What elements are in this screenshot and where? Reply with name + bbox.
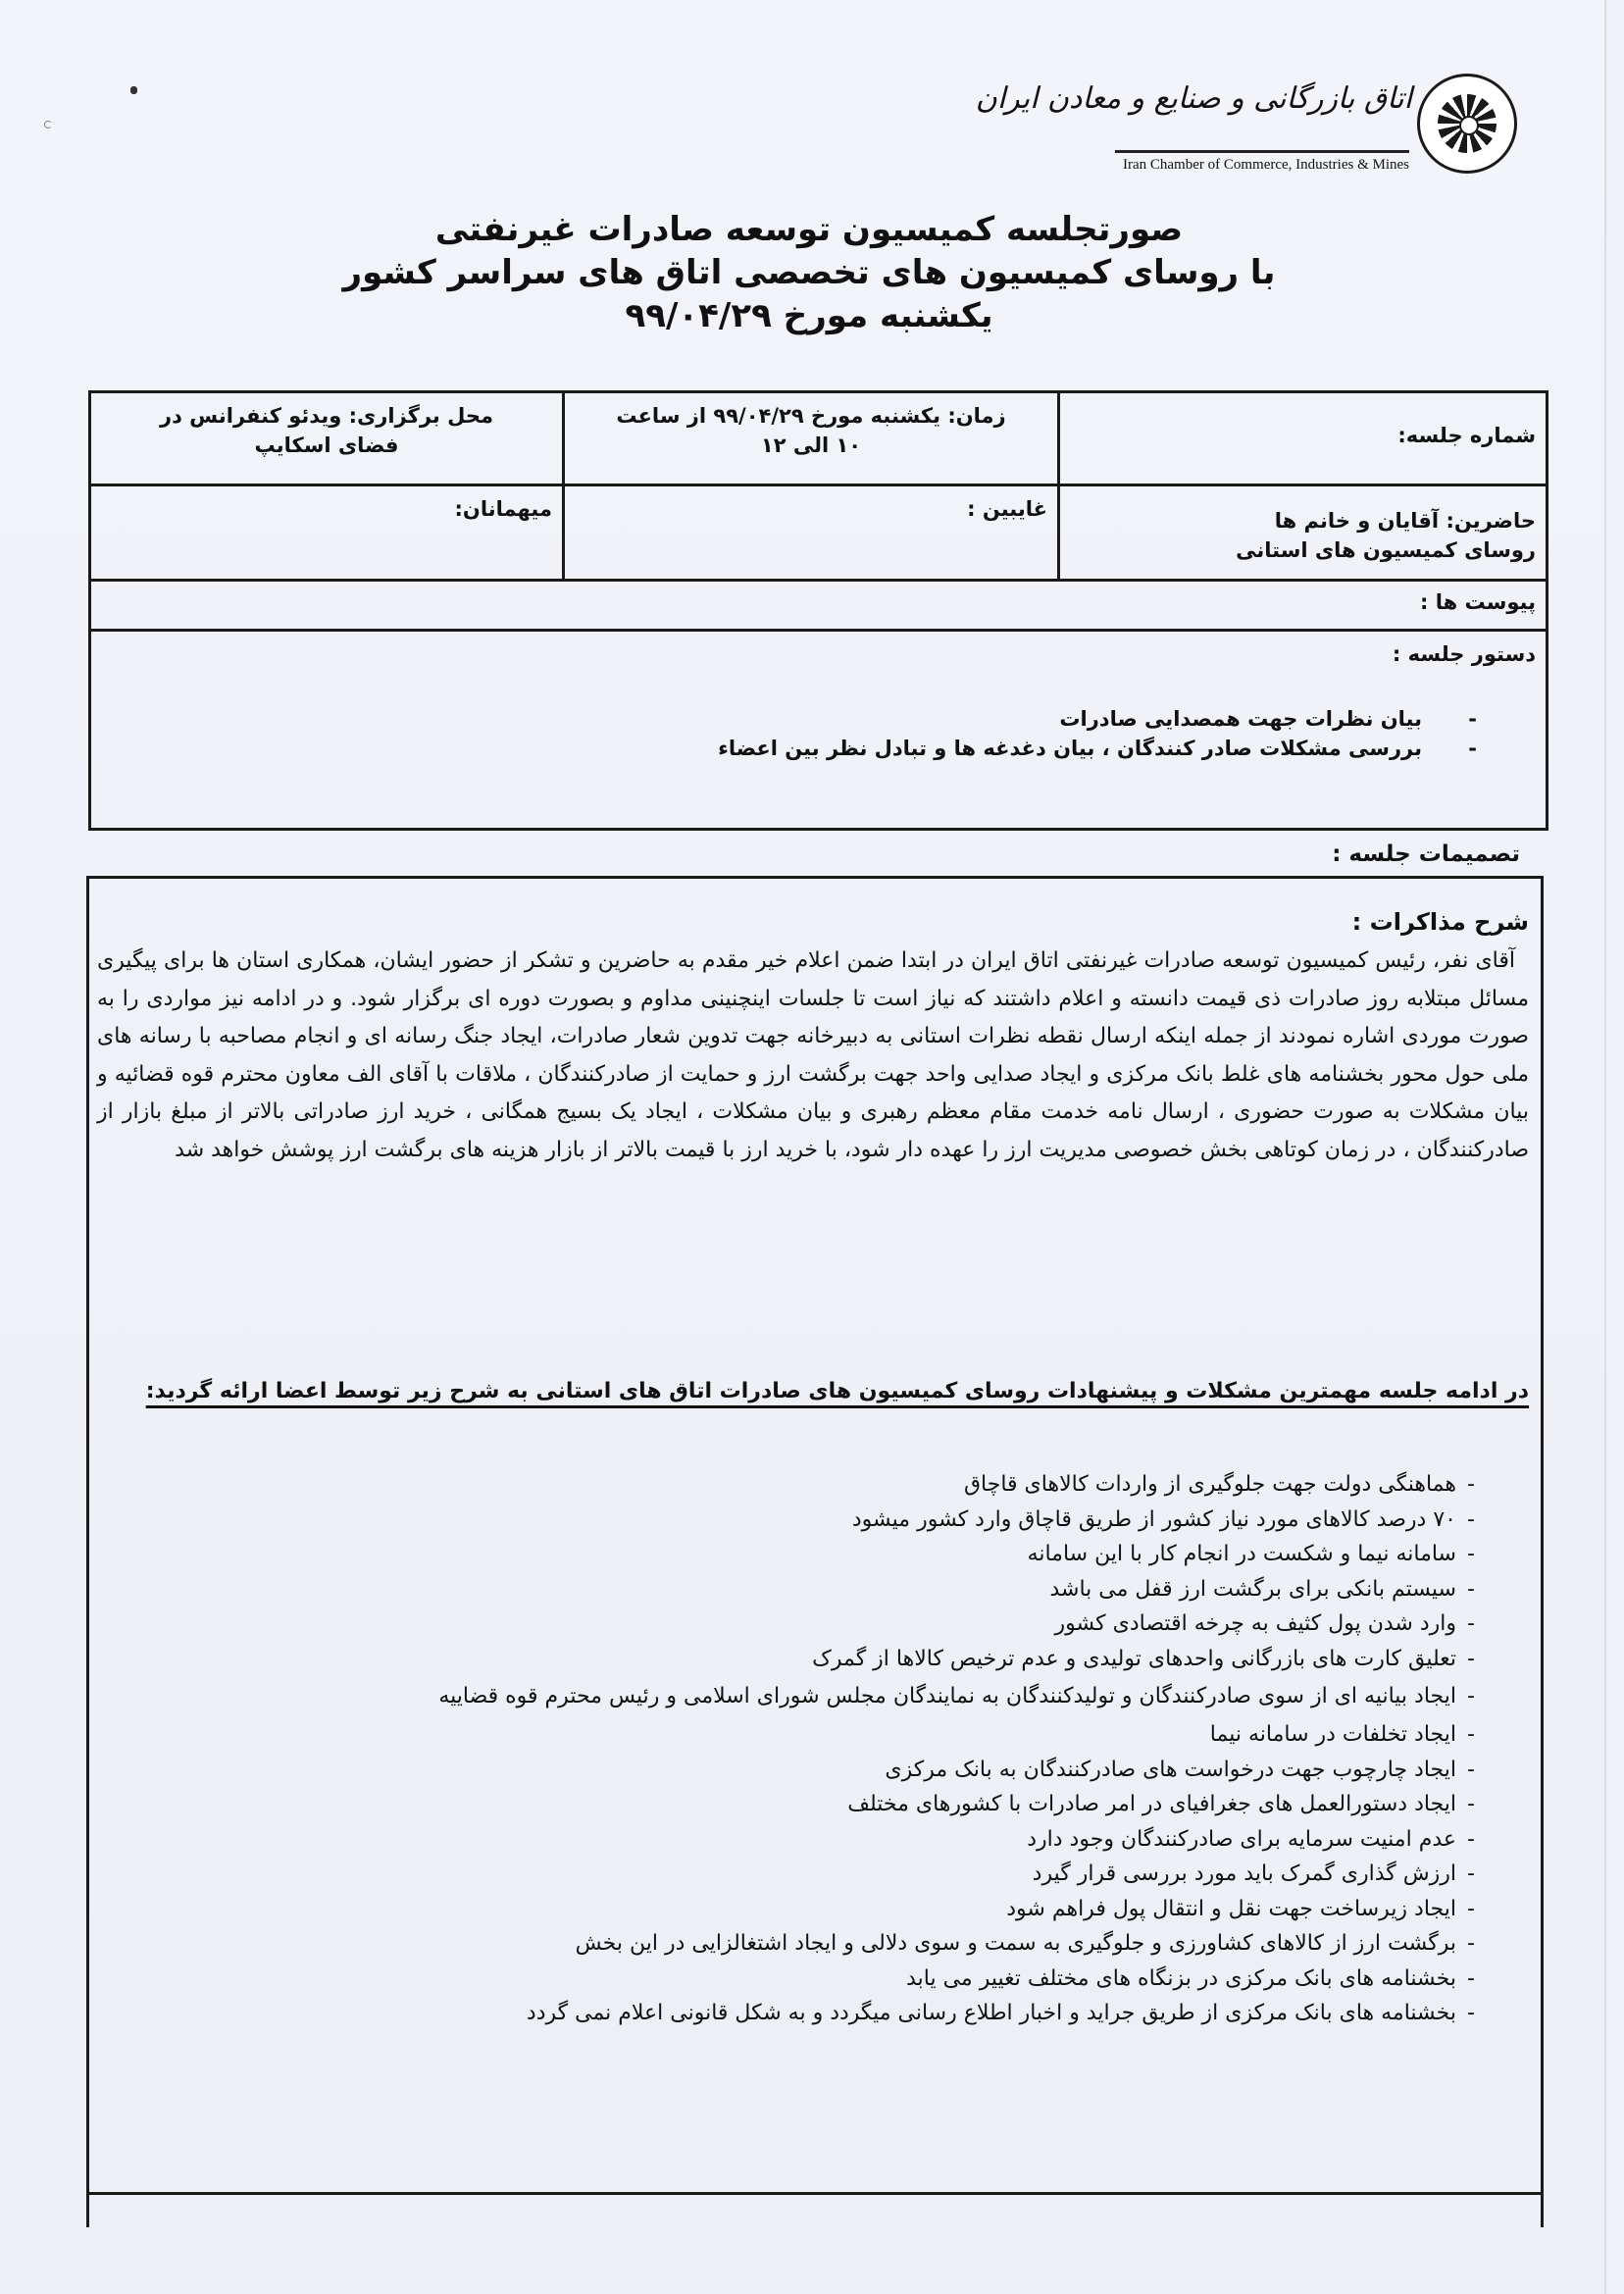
- session-number-label: شماره جلسه:: [1397, 424, 1536, 447]
- discussion-box: شرح مذاکرات : آقای نفر، رئیس کمیسیون توس…: [86, 876, 1544, 2227]
- issue-item: -۷۰ درصد کالاهای مورد نیاز کشور از طریق …: [83, 1503, 1486, 1538]
- attachments-label: پیوست ها :: [1420, 590, 1536, 614]
- info-row-attachments: پیوست ها :: [91, 582, 1546, 632]
- issue-item: -ایجاد بیانیه ای از سوی صادرکنندگان و تو…: [83, 1676, 1486, 1717]
- letterhead-rule: [1115, 150, 1409, 153]
- bullet-dash: -: [1456, 1892, 1486, 1927]
- issue-item: -ایجاد زیرساخت جهت نقل و انتقال پول فراه…: [83, 1892, 1486, 1927]
- attendees-cell: حاضرین: آقایان و خانم ها روسای کمیسیون ه…: [1060, 486, 1546, 579]
- bullet-dash: -: [1456, 1572, 1486, 1607]
- issue-item: -ایجاد چارچوب جهت درخواست های صادرکنندگا…: [83, 1753, 1486, 1788]
- bullet-dash: -: [1456, 1676, 1486, 1717]
- issue-item: -ایجاد دستورالعمل های جغرافیای در امر صا…: [83, 1787, 1486, 1822]
- meeting-info-table: شماره جلسه: زمان: یکشنبه مورخ ۹۹/۰۴/۲۹ ا…: [88, 390, 1548, 831]
- agenda-item: بیان نظرات جهت همصدایی صادرات: [101, 704, 1477, 734]
- issue-item: -سامانه نیما و شکست در انجام کار با این …: [83, 1537, 1486, 1572]
- issue-item: -هماهنگی دولت جهت جلوگیری از واردات کالا…: [83, 1467, 1486, 1503]
- discussion-title: شرح مذاکرات :: [1352, 908, 1529, 936]
- venue-line-2: فضای اسکایپ: [101, 431, 552, 460]
- info-row-2: حاضرین: آقایان و خانم ها روسای کمیسیون ه…: [91, 486, 1546, 582]
- discussion-paragraph: آقای نفر، رئیس کمیسیون توسعه صادرات غیرن…: [97, 943, 1529, 1169]
- absentees-cell: غایبین :: [565, 486, 1060, 579]
- guests-label: میهمانان:: [455, 497, 553, 521]
- bullet-dash: -: [1456, 1822, 1486, 1858]
- bullet-dash: -: [1456, 1606, 1486, 1642]
- absentees-label: غایبین :: [967, 497, 1047, 521]
- bullet-dash: -: [1456, 1926, 1486, 1962]
- bullet-dash: -: [1456, 1642, 1486, 1677]
- issue-item: -عدم امنیت سرمایه برای صادرکنندگان وجود …: [83, 1822, 1486, 1858]
- bullet-dash: -: [1456, 1962, 1486, 1997]
- info-row-agenda: دستور جلسه : بیان نظرات جهت همصدایی صادر…: [91, 632, 1546, 828]
- agenda-cell: دستور جلسه : بیان نظرات جهت همصدایی صادر…: [91, 632, 1546, 828]
- chamber-emblem-icon: [1417, 74, 1517, 174]
- org-name-english: Iran Chamber of Commerce, Industries & M…: [1123, 157, 1409, 174]
- issue-item: -ایجاد تخلفات در سامانه نیما: [83, 1717, 1486, 1753]
- issue-item: -برگشت ارز از کالاهای کشاورزی و جلوگیری …: [83, 1926, 1486, 1962]
- issue-item: -بخشنامه های بانک مرکزی در بزنگاه های مخ…: [83, 1962, 1486, 1997]
- bullet-dash: -: [1456, 1717, 1486, 1753]
- bullet-dash: -: [1456, 1467, 1486, 1503]
- agenda-item: بررسی مشکلات صادر کنندگان ، بیان دغدغه ه…: [101, 734, 1477, 763]
- agenda-list: بیان نظرات جهت همصدایی صادرات بررسی مشکل…: [101, 704, 1536, 763]
- bullet-dash: -: [1456, 1537, 1486, 1572]
- issue-item: -ارزش گذاری گمرک باید مورد بررسی قرار گی…: [83, 1857, 1486, 1892]
- issue-item: -بخشنامه های بانک مرکزی از طریق جراید و …: [83, 1996, 1486, 2031]
- bullet-dash: -: [1456, 1857, 1486, 1892]
- org-name-persian: اتاق بازرگانی و صنایع و معادن ایران: [1118, 81, 1412, 116]
- scanned-page: اتاق بازرگانی و صنایع و معادن ایران Iran…: [0, 0, 1606, 2294]
- attendees-line-2: روسای کمیسیون های استانی: [1070, 535, 1536, 565]
- time-line-2: ۱۰ الی ۱۲: [575, 431, 1047, 460]
- info-row-1: شماره جلسه: زمان: یکشنبه مورخ ۹۹/۰۴/۲۹ ا…: [91, 393, 1546, 486]
- title-line-3: یکشنبه مورخ ۹۹/۰۴/۲۹: [294, 294, 1324, 337]
- guests-cell: میهمانان:: [91, 486, 565, 579]
- attachments-cell: پیوست ها :: [1410, 582, 1546, 629]
- bullet-dash: -: [1456, 1503, 1486, 1538]
- issue-item: -سیستم بانکی برای برگشت ارز قفل می باشد: [83, 1572, 1486, 1607]
- letterhead: اتاق بازرگانی و صنایع و معادن ایران Iran…: [995, 74, 1584, 191]
- emblem-core: [1459, 116, 1479, 135]
- decisions-label: تصمیمات جلسه :: [1332, 841, 1520, 867]
- title-line-2: با روسای کمیسیون های تخصصی اتاق های سراس…: [294, 251, 1324, 294]
- bullet-dash: -: [1456, 1996, 1486, 2031]
- issues-heading: در ادامه جلسه مهمترین مشکلات و پیشنهادات…: [92, 1366, 1529, 1417]
- discussion-box-bottom-border: [86, 2192, 1544, 2195]
- agenda-label: دستور جلسه :: [101, 639, 1536, 669]
- time-cell: زمان: یکشنبه مورخ ۹۹/۰۴/۲۹ از ساعت ۱۰ ال…: [565, 393, 1060, 484]
- scan-mark: [44, 121, 52, 128]
- issue-item: -وارد شدن پول کثیف به چرخه اقتصادی کشور: [83, 1606, 1486, 1642]
- bullet-dash: -: [1456, 1753, 1486, 1788]
- venue-cell: محل برگزاری: ویدئو کنفرانس در فضای اسکای…: [91, 393, 565, 484]
- issues-list: -هماهنگی دولت جهت جلوگیری از واردات کالا…: [83, 1467, 1486, 2031]
- scan-speck: [130, 86, 137, 94]
- attendees-line-1: حاضرین: آقایان و خانم ها: [1070, 506, 1536, 535]
- title-line-1: صورتجلسه کمیسیون توسعه صادرات غیرنفتی: [294, 208, 1324, 251]
- document-title: صورتجلسه کمیسیون توسعه صادرات غیرنفتی با…: [294, 208, 1324, 337]
- bullet-dash: -: [1456, 1787, 1486, 1822]
- discussion-text: آقای نفر، رئیس کمیسیون توسعه صادرات غیرن…: [97, 948, 1529, 1162]
- venue-line-1: محل برگزاری: ویدئو کنفرانس در: [101, 401, 552, 431]
- issue-item: -تعلیق کارت های بازرگانی واحدهای تولیدی …: [83, 1642, 1486, 1677]
- time-line-1: زمان: یکشنبه مورخ ۹۹/۰۴/۲۹ از ساعت: [575, 401, 1047, 431]
- session-number-cell: شماره جلسه:: [1060, 393, 1546, 484]
